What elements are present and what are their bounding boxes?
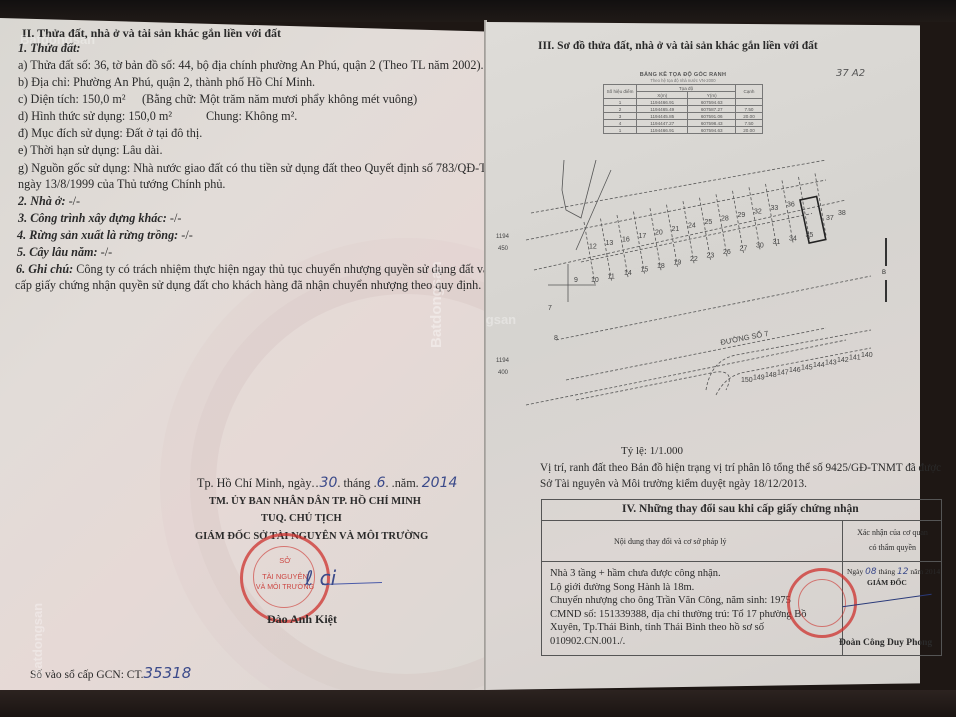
parcel-area: c) Diện tích: 150,0 m²: [18, 92, 126, 107]
changes-col1-header: Nội dung thay đổi và cơ sở pháp lý: [614, 534, 726, 549]
svg-text:450: 450: [498, 246, 509, 252]
signing-year: 2014: [422, 475, 458, 491]
signing-place: Tp. Hồ Chí Minh, ngày: [197, 476, 311, 490]
note-text: Công ty có trách nhiệm thực hiện ngay th…: [76, 262, 486, 276]
lot-number: 22: [690, 256, 698, 263]
coord-header-x: X(m): [637, 92, 688, 99]
lot-number: 30: [756, 242, 764, 249]
lot-number: 147: [777, 370, 789, 377]
confirm-signer: Đoàn Công Duy Phong: [839, 636, 932, 651]
changes-col2-header-1: Xác nhận của cơ quan: [844, 525, 941, 540]
usage-form: d) Hình thức sử dụng: 150,0 m²: [18, 109, 172, 124]
lot-number: 13: [606, 240, 614, 247]
registry-number: 35318: [144, 664, 192, 682]
other-works-row: 3. Công trình xây dựng khác: -/-: [18, 211, 181, 226]
lot-number: 142: [837, 357, 849, 364]
lot-number: 140: [861, 352, 873, 359]
coord-header-edge: Cạnh: [736, 85, 763, 99]
registry-row: Số vào sổ cấp GCN: CT.35318: [30, 666, 191, 683]
lot-number: 146: [789, 367, 801, 374]
perennial-heading: 5. Cây lâu năm:: [17, 245, 98, 259]
lot-number: 145: [801, 365, 813, 372]
watermark-bottom: Batdongsan: [30, 603, 45, 678]
lot-number: 26: [723, 249, 731, 256]
forest-row: 4. Rừng sản xuất là rừng trồng: -/-: [17, 228, 193, 243]
lot-number: 18: [657, 263, 665, 270]
coordinate-table: BẢNG KÊ TỌA ĐỘ GÓC RANH Theo hệ tọa độ n…: [603, 72, 763, 134]
lot-number: 21: [672, 226, 680, 233]
watermark-middle: Batdongsan: [428, 261, 445, 348]
map-note-2: Sở Tài nguyên và Môi trường kiểm duyệt n…: [540, 477, 807, 492]
lot-number: 15: [641, 267, 649, 274]
lot-number: 38: [838, 210, 846, 217]
confirm-title: GIÁM ĐỐC: [867, 575, 907, 590]
lot-number: 11: [608, 273, 615, 280]
lot-number: 36: [787, 202, 795, 209]
lot-number: 9: [574, 277, 578, 284]
perennial-row: 5. Cây lâu năm: -/-: [17, 245, 112, 260]
usage-origin: g) Nguồn gốc sử dụng: Nhà nước giao đất …: [18, 161, 486, 176]
lot-number: 20: [655, 229, 663, 236]
lot-number: 33: [771, 205, 779, 212]
forest-value: -/-: [181, 228, 193, 242]
lot-number: 8: [554, 335, 558, 342]
lot-number: 7: [548, 305, 552, 312]
lot-number: 23: [707, 253, 715, 260]
lot-number: 143: [825, 360, 837, 367]
coord-header-coords: Tọa độ: [637, 85, 736, 92]
lot-number: 31: [773, 239, 781, 246]
lot-number: 12: [589, 243, 597, 250]
handwritten-note: 37 A2: [836, 66, 865, 81]
confirm-year: 2014: [925, 567, 940, 576]
lot-number: 17: [639, 233, 647, 240]
lot-number: 144: [813, 362, 825, 369]
lot-number: 149: [753, 375, 765, 382]
coord-row: 21194465.49607587.277.50: [604, 106, 763, 113]
signing-day: 30: [320, 475, 338, 491]
lot-number: 32: [754, 209, 762, 216]
background-bottom: [0, 690, 956, 717]
parcel-area-words: (Bằng chữ: Một trăm năm mươi phẩy không …: [142, 92, 417, 107]
parcel-address: b) Địa chỉ: Phường An Phú, quận 2, thành…: [18, 75, 315, 90]
lot-number: 150: [741, 377, 753, 384]
coord-row: 11194466.91607594.6320.00: [604, 127, 763, 134]
signing-date: Tp. Hồ Chí Minh, ngày..30. tháng .6. .nă…: [197, 476, 457, 491]
lot-number: 34: [789, 235, 797, 242]
authority-line-1: TM. ỦY BAN NHÂN DÂN TP. HỒ CHÍ MINH: [209, 494, 421, 509]
signing-month: 6: [377, 475, 386, 491]
shared-usage: Chung: Không m².: [206, 109, 297, 124]
coord-header-y: Y(m): [688, 92, 736, 99]
parcel-map: 1213161720212425282932333610111415181922…: [486, 160, 920, 430]
usage-term: e) Thời hạn sử dụng: Lâu dài.: [18, 143, 163, 158]
usage-purpose: đ) Mục đích sử dụng: Đất ở tại đô thị.: [18, 126, 202, 141]
change-line: 010902.CN.001./.: [550, 634, 625, 649]
perennial-value: -/-: [101, 245, 113, 259]
signer-name-left: Đào Anh Kiệt: [267, 612, 337, 627]
lot-number: 29: [738, 212, 746, 219]
lot-number: 27: [740, 246, 748, 253]
changes-header-row: Nội dung thay đổi và cơ sở pháp lý Xác n…: [542, 520, 941, 562]
confirm-date-prefix: Ngày: [847, 567, 863, 576]
lot-number: 14: [624, 270, 632, 277]
svg-text:1194: 1194: [496, 234, 510, 240]
changes-title: IV. Những thay đổi sau khi cấp giấy chứn…: [622, 502, 859, 517]
house-heading: 2. Nhà ở:: [18, 194, 66, 208]
house-value: -/-: [69, 194, 81, 208]
coord-row: 31194445.85607591.0620.00: [604, 113, 763, 120]
svg-text:400: 400: [498, 370, 509, 376]
other-works-heading: 3. Công trình xây dựng khác:: [18, 211, 167, 225]
parcel-number: a) Thửa đất số: 36, tờ bản đồ số: 44, bộ…: [18, 58, 484, 73]
north-arrow-icon: B: [884, 238, 888, 308]
year-label: năm: [395, 476, 416, 490]
lot-number: 141: [849, 355, 861, 362]
map-note-1: Vị trí, ranh đất theo Bản đồ hiện trạng …: [540, 461, 941, 476]
lot-number: 35: [806, 232, 814, 239]
changes-table: IV. Những thay đổi sau khi cấp giấy chứn…: [541, 499, 942, 656]
lot-number: 25: [705, 219, 713, 226]
month-label: tháng: [343, 476, 370, 490]
watermark-top: Batdongsan: [20, 32, 95, 47]
changes-col2-header-2: có thẩm quyền: [844, 540, 941, 555]
lot-number: 24: [688, 223, 696, 230]
stamp-text-1: SỞ: [243, 556, 327, 565]
authority-line-2: TUQ. CHỦ TỊCH: [261, 511, 342, 526]
coord-table-subtitle: Theo hệ tọa độ nhà nước VN-2000: [603, 78, 763, 83]
lot-number: 10: [591, 277, 599, 284]
background-top: [0, 0, 956, 22]
note-row: 6. Ghi chú: Công ty có trách nhiệm thực …: [16, 262, 486, 277]
lot-number: 37: [826, 215, 834, 222]
lot-number: 148: [765, 372, 777, 379]
coord-header-point: Số hiệu điểm: [604, 85, 637, 99]
svg-text:1194: 1194: [496, 358, 510, 364]
registry-label: Số vào sổ cấp GCN: CT: [30, 669, 141, 681]
lot-number: 16: [622, 236, 630, 243]
lot-number: 19: [674, 260, 682, 267]
note-text-cont: cấp giấy chứng nhận quyền sử dụng đất ch…: [15, 278, 481, 293]
usage-origin-cont: ngày 13/8/1999 của Thủ tướng Chính phủ.: [18, 177, 225, 192]
map-scale: Tỷ lệ: 1/1.000: [621, 444, 683, 459]
signature-scribble-left: ℓ ci: [305, 566, 336, 590]
confirm-year-label: năm: [910, 567, 923, 576]
certificate-left-page: II. Thửa đất, nhà ở và tài sản khác gắn …: [0, 18, 486, 692]
changes-title-row: IV. Những thay đổi sau khi cấp giấy chứn…: [542, 500, 941, 521]
other-works-value: -/-: [170, 211, 182, 225]
compass-label: B: [882, 270, 886, 276]
note-heading: 6. Ghi chú:: [16, 262, 73, 276]
house-row: 2. Nhà ở: -/-: [18, 194, 80, 209]
lot-number: 28: [721, 216, 729, 223]
coord-row: 41194447.27607598.437.50: [604, 120, 763, 127]
section-iii-title: III. Sơ đồ thửa đất, nhà ở và tài sản kh…: [538, 39, 818, 54]
coord-row: 11194466.91607594.63: [604, 99, 763, 106]
forest-heading: 4. Rừng sản xuất là rừng trồng:: [17, 228, 178, 242]
